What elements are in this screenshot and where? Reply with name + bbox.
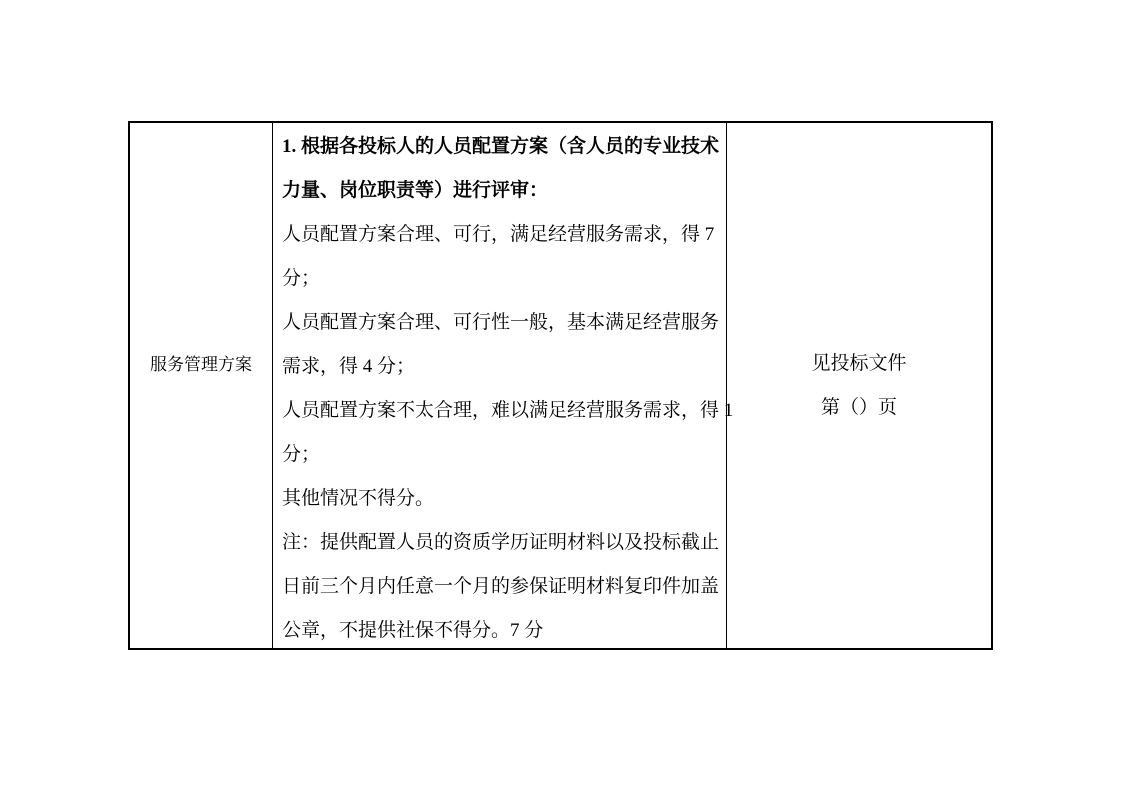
criteria-description: 1. 根据各投标人的人员配置方案（含人员的专业技术力量、岗位职责等）进行评审：人… xyxy=(282,125,720,653)
description-line: 分； xyxy=(282,257,720,301)
reference-line: 见投标文件 xyxy=(811,342,906,386)
description-line: 注：提供配置人员的资质学历证明材料以及投标截止 xyxy=(282,521,720,565)
description-line: 人员配置方案合理、可行，满足经营服务需求，得 7 xyxy=(282,213,720,257)
description-line: 日前三个月内任意一个月的参保证明材料复印件加盖 xyxy=(282,565,720,609)
description-line: 需求，得 4 分； xyxy=(282,345,720,389)
description-line: 其他情况不得分。 xyxy=(282,477,720,521)
description-line: 1. 根据各投标人的人员配置方案（含人员的专业技术 xyxy=(282,125,720,169)
document-page: 服务管理方案 1. 根据各投标人的人员配置方案（含人员的专业技术力量、岗位职责等… xyxy=(0,0,1122,793)
reference-text: 见投标文件第（）页 xyxy=(811,342,906,430)
evaluation-table: 服务管理方案 1. 根据各投标人的人员配置方案（含人员的专业技术力量、岗位职责等… xyxy=(128,121,993,650)
criteria-name: 服务管理方案 xyxy=(150,353,252,377)
description-line: 人员配置方案不太合理，难以满足经营服务需求，得 1 xyxy=(282,389,720,433)
description-line: 人员配置方案合理、可行性一般，基本满足经营服务 xyxy=(282,301,720,345)
description-line: 公章，不提供社保不得分。7 分 xyxy=(282,609,720,653)
reference-line: 第（）页 xyxy=(811,386,906,430)
description-line: 分； xyxy=(282,433,720,477)
description-line: 力量、岗位职责等）进行评审： xyxy=(282,169,720,213)
criteria-name-cell: 服务管理方案 xyxy=(130,123,273,648)
reference-cell: 见投标文件第（）页 xyxy=(727,123,991,648)
criteria-description-cell: 1. 根据各投标人的人员配置方案（含人员的专业技术力量、岗位职责等）进行评审：人… xyxy=(273,123,727,648)
